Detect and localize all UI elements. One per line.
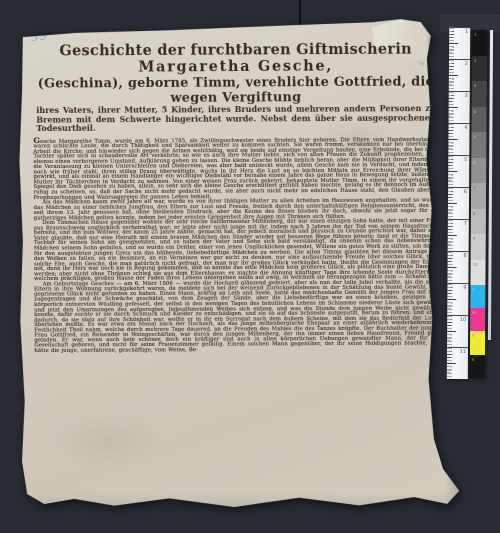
patch-label: K bbox=[472, 357, 475, 362]
calibration-patch: 6 bbox=[471, 157, 486, 183]
patch-label: 10 bbox=[473, 261, 478, 266]
ruler-number: 2 bbox=[465, 61, 468, 67]
title-line-2: (Geschina), geborne Timm, verehlichte Go… bbox=[36, 74, 436, 106]
patch-label: 7 bbox=[473, 185, 476, 190]
ruler-number: 1 bbox=[465, 29, 468, 35]
ruler-cm-segment: 4 bbox=[448, 123, 469, 155]
ruler-cm-segment: 6 bbox=[448, 187, 469, 219]
ruler-cm-segment: 1 bbox=[449, 27, 470, 59]
patch-label: 3 bbox=[474, 83, 477, 88]
paragraph-4: Am Geburtstage Gesches — am 6. März 1806… bbox=[34, 279, 440, 353]
page-title: Geschichte der furchtbaren Giftmischerin… bbox=[36, 41, 436, 76]
calibration-patch: 1 bbox=[472, 30, 487, 56]
calibration-patch: C bbox=[470, 285, 485, 308]
patch-label: 6 bbox=[473, 159, 476, 164]
title-block: Geschichte der furchtbaren Giftmischerin… bbox=[36, 41, 436, 134]
ruler-number: 9 bbox=[463, 285, 466, 291]
scanned-broadsheet: 39 Geschichte der furchtbaren Giftmische… bbox=[17, 19, 464, 516]
ruler-number: 6 bbox=[464, 189, 467, 195]
ruler-cm-segment: 5 bbox=[448, 155, 469, 187]
calibration-patch: 2 bbox=[472, 55, 487, 81]
ruler-number: 8 bbox=[463, 253, 466, 259]
paragraph-1: Gesche Margarethe Timm, wurde am 6. März… bbox=[33, 137, 439, 200]
title-part-a: Geschichte der furchtbaren Giftmischerin bbox=[59, 41, 412, 59]
calibration-patch: M bbox=[470, 308, 485, 331]
ruler-number: 10 bbox=[460, 317, 466, 323]
ruler-cm-segment: 2 bbox=[449, 59, 470, 91]
patch-label: M bbox=[472, 310, 475, 315]
patch-label: 9 bbox=[473, 236, 476, 241]
calibration-patch: Y bbox=[470, 331, 485, 354]
patch-label: 5 bbox=[473, 134, 476, 139]
ruler-cm-segment: 11 bbox=[447, 347, 468, 379]
calibration-strip-edge bbox=[488, 30, 493, 340]
ruler-cm-segment: 10 bbox=[447, 315, 468, 347]
calibration-patch: 4 bbox=[472, 106, 487, 132]
patch-label: 1 bbox=[474, 32, 477, 37]
paper-sheet: 39 Geschichte der furchtbaren Giftmische… bbox=[17, 19, 460, 513]
ruler-cm-segment: 9 bbox=[447, 283, 468, 315]
patch-label: 8 bbox=[473, 210, 476, 215]
calibration-patch: 8 bbox=[471, 208, 486, 234]
patch-label: 2 bbox=[474, 57, 477, 62]
calibration-patch: 5 bbox=[471, 132, 486, 158]
patch-label: 4 bbox=[474, 108, 477, 113]
ruler-cm-segment: 8 bbox=[447, 251, 468, 283]
paragraph-3: Dem Timmschen Hause gegenüber wohnte der… bbox=[34, 218, 440, 281]
calibration-patch: 9 bbox=[471, 234, 486, 260]
subtitle: ihres Vaters, ihrer Mutter, 5 Kinder, ih… bbox=[36, 105, 435, 134]
calibration-patch: K bbox=[470, 355, 485, 378]
calibration-patch: 7 bbox=[471, 183, 486, 209]
body-text: Gesche Margarethe Timm, wurde am 6. März… bbox=[33, 137, 440, 354]
calibration-patch: 10 bbox=[470, 259, 485, 285]
measurement-ruler: 1234567891011 bbox=[447, 27, 470, 379]
ruler-cm-segment: 3 bbox=[449, 91, 470, 123]
ruler-number: 11 bbox=[460, 349, 466, 355]
printed-content: Geschichte der furchtbaren Giftmischerin… bbox=[33, 41, 440, 353]
ruler-number: 4 bbox=[464, 125, 467, 131]
ruler-number: 5 bbox=[464, 157, 467, 163]
title-part-b: Margaretha Gesche, bbox=[138, 58, 333, 75]
ruler-cm-segment: 7 bbox=[448, 219, 469, 251]
grayscale-color-calibration-wedge: 12345678910CMYK bbox=[470, 30, 487, 378]
ruler-number: 3 bbox=[465, 93, 468, 99]
archive-number: 39 bbox=[30, 28, 49, 44]
calibration-patch: 3 bbox=[472, 81, 487, 107]
patch-label: C bbox=[472, 287, 475, 292]
patch-label: Y bbox=[472, 333, 474, 338]
ruler-number: 7 bbox=[464, 221, 467, 227]
